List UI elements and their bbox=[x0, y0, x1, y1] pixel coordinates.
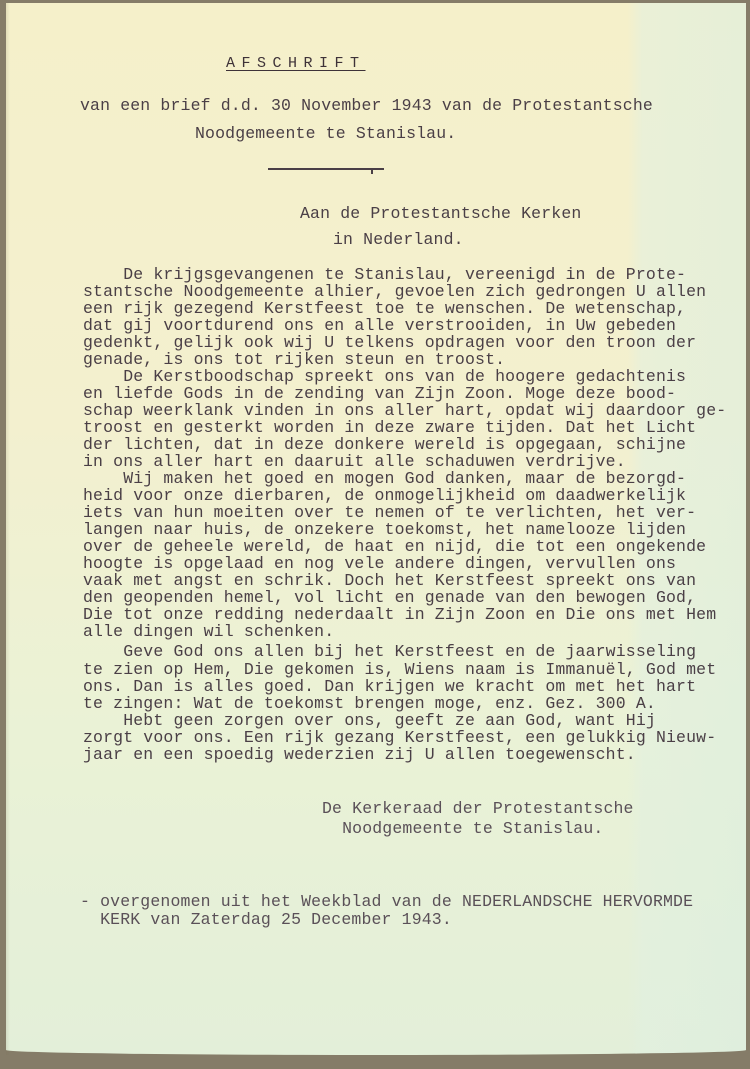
signature-line-1: De Kerkeraad der Protestantsche bbox=[322, 800, 634, 817]
body-line: Geve God ons allen bij het Kerstfeest en… bbox=[83, 643, 696, 660]
footnote-line-2: KERK van Zaterdag 25 December 1943. bbox=[80, 911, 452, 928]
body-line: vaak met angst en schrik. Doch het Kerst… bbox=[83, 572, 696, 589]
body-line: langen naar huis, de onzekere toekomst, … bbox=[83, 521, 686, 538]
body-line: ons. Dan is alles goed. Dan krijgen we k… bbox=[83, 678, 696, 695]
body-line: en liefde Gods in de zending van Zijn Zo… bbox=[83, 385, 676, 402]
subtitle-line-1: van een brief d.d. 30 November 1943 van … bbox=[80, 97, 653, 114]
signature-line-2: Noodgemeente te Stanislau. bbox=[322, 820, 603, 837]
body-line: De Kerstboodschap spreekt ons van de hoo… bbox=[83, 368, 686, 385]
body-line: heid voor onze dierbaren, de onmogelijkh… bbox=[83, 487, 686, 504]
body-line: te zien op Hem, Die gekomen is, Wiens na… bbox=[83, 661, 716, 678]
body-line: gedenkt, gelijk ook wij U telkens opdrag… bbox=[83, 334, 696, 351]
body-line: te zingen: Wat de toekomst brengen moge,… bbox=[83, 695, 656, 712]
body-line: over de geheele wereld, de haat en nijd,… bbox=[83, 538, 706, 555]
body-line: dat gij voortdurend ons en alle verstroo… bbox=[83, 317, 676, 334]
body-line: den geopenden hemel, vol licht en genade… bbox=[83, 589, 696, 606]
body-line: Hebt geen zorgen over ons, geeft ze aan … bbox=[83, 712, 656, 729]
body-line: Wij maken het goed en mogen God danken, … bbox=[83, 470, 686, 487]
subtitle-line-2: Noodgemeente te Stanislau. bbox=[195, 125, 456, 142]
addressee-line-1: Aan de Protestantsche Kerken bbox=[300, 205, 581, 222]
body-line: hoogte is opgelaad en nog vele andere di… bbox=[83, 555, 676, 572]
body-line: in ons aller hart en daaruit alle schadu… bbox=[83, 453, 626, 470]
body-line: jaar en een spoedig wederzien zij U alle… bbox=[83, 746, 636, 763]
body-line: zorgt voor ons. Een rijk gezang Kerstfee… bbox=[83, 729, 716, 746]
body-line: alle dingen wil schenken. bbox=[83, 623, 334, 640]
body-line: Die tot onze redding nederdaalt in Zijn … bbox=[83, 606, 716, 623]
body-line: genade, is ons tot rijken steun en troos… bbox=[83, 351, 505, 368]
body-line: De krijgsgevangenen te Stanislau, vereen… bbox=[83, 266, 686, 283]
body-line: stantsche Noodgemeente alhier, gevoelen … bbox=[83, 283, 706, 300]
divider-rule bbox=[268, 168, 384, 170]
body-line: der lichten, dat in deze donkere wereld … bbox=[83, 436, 686, 453]
addressee-line-2: in Nederland. bbox=[333, 231, 464, 248]
document-title: AFSCHRIFT bbox=[226, 55, 366, 72]
body-line: een rijk gezegend Kerstfeest toe te wens… bbox=[83, 300, 686, 317]
divider-tick bbox=[371, 168, 373, 174]
footnote-line-1: - overgenomen uit het Weekblad van de NE… bbox=[80, 893, 693, 910]
body-line: iets van hun moeiten over te nemen of te… bbox=[83, 504, 696, 521]
body-line: troost en gesterkt worden in deze zware … bbox=[83, 419, 696, 436]
body-line: schap weerklank vinden in ons aller hart… bbox=[83, 402, 726, 419]
page-edge-shadow bbox=[6, 3, 10, 1055]
